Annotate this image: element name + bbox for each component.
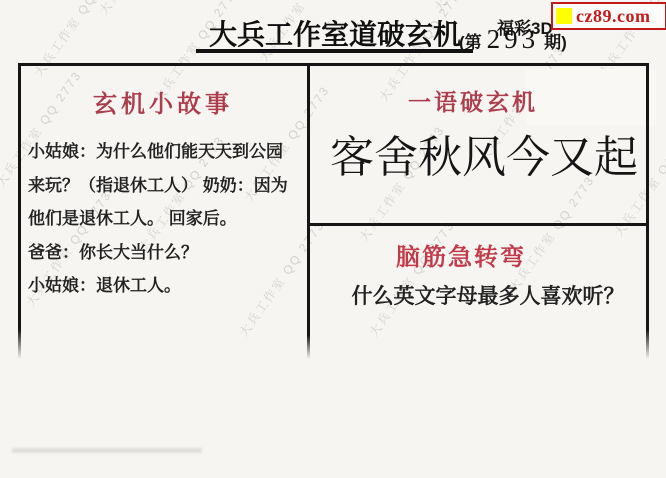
- page-title: 大兵工作室道破玄机: [195, 13, 475, 53]
- table-divider-horizontal: [307, 223, 649, 226]
- title-underline: [196, 49, 473, 53]
- story-line: 爸爸：你长大当什么？: [28, 236, 300, 270]
- scan-artifact: [12, 448, 202, 453]
- issue-suffix: 期): [544, 28, 567, 53]
- site-link-label: cz89.com: [576, 6, 650, 27]
- site-link[interactable]: cz89.com: [551, 2, 666, 30]
- issue-number: 293: [487, 26, 540, 53]
- story-panel-title: 玄机小故事: [18, 84, 308, 119]
- hint-panel-title: 一语破玄机: [308, 84, 638, 117]
- riddle-question: 什么英文字母最多人喜欢听？: [318, 280, 658, 310]
- watermark-text: 大兵工作室 QQ 2773: [95, 0, 188, 18]
- story-text: 小姑娘：为什么他们能天天到公园 来玩？（指退休工人） 奶奶：因为 他们是退休工人…: [28, 135, 300, 303]
- table-border-top: [18, 63, 649, 66]
- issue-label: (第 293 期): [459, 26, 567, 53]
- issue-prefix: (第: [459, 28, 482, 53]
- story-line: 来玩？（指退休工人） 奶奶：因为: [28, 169, 300, 203]
- content-table: 玄机小故事 小姑娘：为什么他们能天天到公园 来玩？（指退休工人） 奶奶：因为 他…: [18, 63, 649, 362]
- story-line: 小姑娘：退休工人。: [28, 269, 300, 303]
- yellow-square-icon: [556, 8, 572, 24]
- hint-phrase: 客舍秋风今又起: [310, 121, 658, 185]
- riddle-panel-title: 脑筋急转弯: [296, 237, 626, 272]
- story-line: 他们是退休工人。 回家后。: [28, 202, 300, 236]
- story-line: 小姑娘：为什么他们能天天到公园: [28, 135, 300, 169]
- table-border-right: [646, 63, 649, 359]
